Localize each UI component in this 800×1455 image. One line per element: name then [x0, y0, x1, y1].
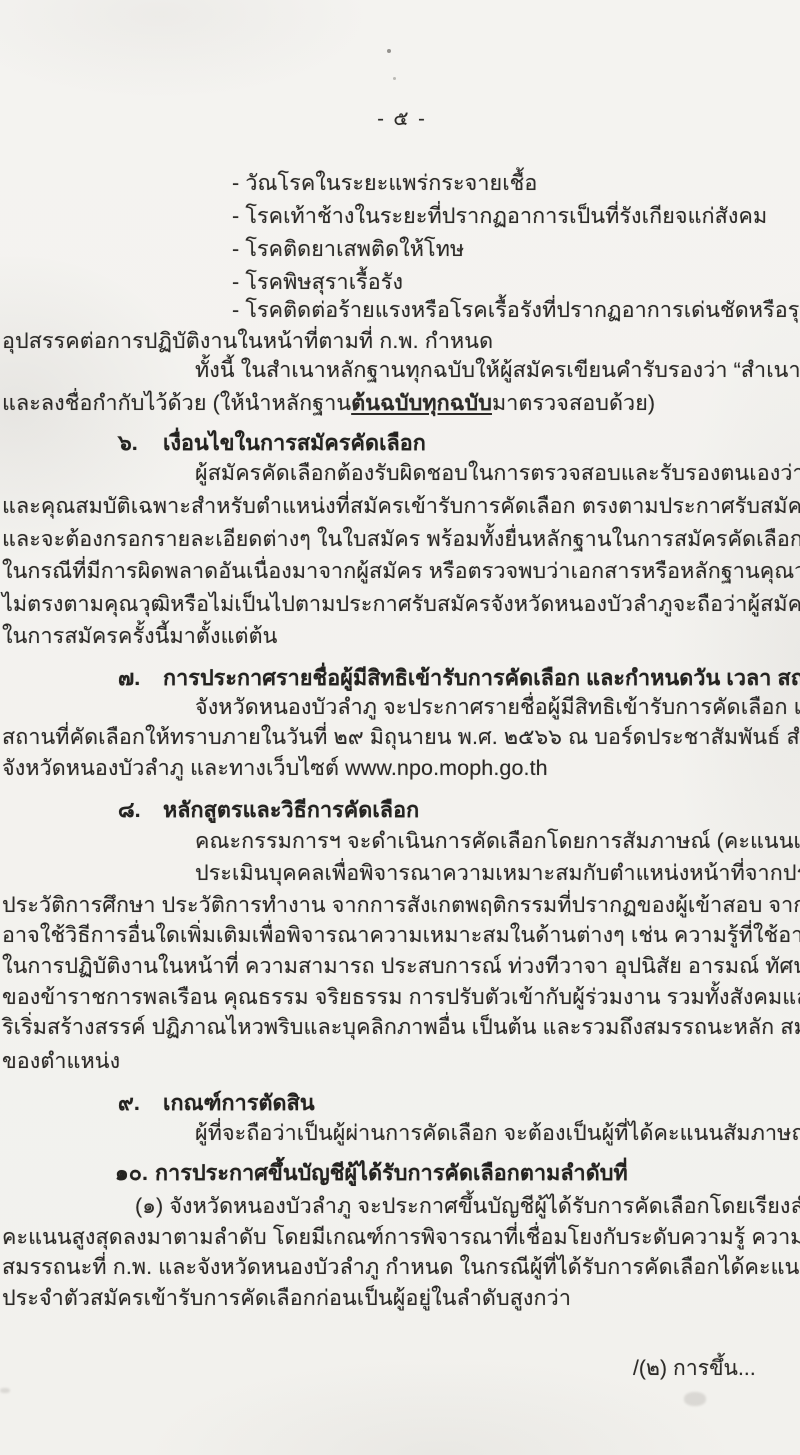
- body-line-website: จังหวัดหนองบัวลำภู และทางเว็บไซต์ www.np…: [2, 753, 548, 783]
- certify-line: ทั้งนี้ ในสำเนาหลักฐานทุกฉบับให้ผู้สมัคร…: [195, 355, 800, 385]
- body-line: ผู้ที่จะถือว่าเป็นผู้ผ่านการคัดเลือก จะต…: [195, 1118, 800, 1148]
- body-line: สมรรถนะที่ ก.พ. และจังหวัดหนองบัวลำภู กำ…: [2, 1252, 800, 1282]
- section7-heading: ๗.การประกาศรายชื่อผู้มีสิทธิเข้ารับการคั…: [118, 663, 800, 693]
- body-line: ประเมินบุคคลเพื่อพิจารณาความเหมาะสมกับตำ…: [195, 858, 800, 888]
- section-number: ๘.: [118, 795, 163, 825]
- body-line: สถานที่คัดเลือกให้ทราบภายในวันที่ ๒๙ มิถ…: [2, 722, 800, 752]
- scan-artifact-dot: [393, 77, 396, 80]
- continuation-marker: /(๒) การขึ้น...: [633, 1354, 756, 1384]
- body-line: ผู้สมัครคัดเลือกต้องรับผิดชอบในการตรวจสอ…: [195, 458, 800, 488]
- body-line: และจะต้องกรอกรายละเอียดต่างๆ ในใบสมัคร พ…: [2, 524, 800, 554]
- section6-heading: ๖.เงื่อนไขในการสมัครคัดเลือก: [118, 428, 426, 458]
- section10-heading: ๑๐.การประกาศขึ้นบัญชีผู้ได้รับการคัดเลือ…: [115, 1158, 628, 1188]
- document-page: - ๕ - - วัณโรคในระยะแพร่กระจายเชื้อ - โร…: [0, 0, 800, 1455]
- body-line: ในกรณีที่มีการผิดพลาดอันเนื่องมาจากผู้สม…: [2, 556, 800, 586]
- section-title: เกณฑ์การตัดสิน: [163, 1091, 315, 1115]
- disease-list-item: - โรคเท้าช้างในระยะที่ปรากฏอาการเป็นที่ร…: [232, 201, 767, 231]
- section-number: ๑๐.: [115, 1158, 155, 1188]
- scan-artifact-smudge: [0, 1388, 10, 1393]
- body-line: คะแนนสูงสุดลงมาตามลำดับ โดยมีเกณฑ์การพิจ…: [2, 1222, 800, 1252]
- section-title: การประกาศรายชื่อผู้มีสิทธิเข้ารับการคัดเ…: [163, 666, 800, 690]
- section-title: การประกาศขึ้นบัญชีผู้ได้รับการคัดเลือกตา…: [155, 1161, 628, 1185]
- body-line: จังหวัดหนองบัวลำภู จะประกาศรายชื่อผู้มีส…: [195, 692, 800, 722]
- disease-list-item: - โรคติดต่อร้ายแรงหรือโรคเรื้อรังที่ปราก…: [232, 295, 800, 325]
- certify-pre: และลงชื่อกำกับไว้ด้วย (ให้นำหลักฐาน: [2, 391, 351, 415]
- section-number: ๖.: [118, 428, 163, 458]
- section-number: ๙.: [118, 1088, 163, 1118]
- body-line: อาจใช้วิธีการอื่นใดเพิ่มเติมเพื่อพิจารณา…: [2, 920, 800, 950]
- section9-heading: ๙.เกณฑ์การตัดสิน: [118, 1088, 315, 1118]
- disease-list-item: - โรคพิษสุราเรื้อรัง: [232, 267, 403, 297]
- disease-list-item-continuation: อุปสรรคต่อการปฏิบัติงานในหน้าที่ตามที่ ก…: [2, 326, 493, 356]
- body-line: ประวัติการศึกษา ประวัติการทำงาน จากการสั…: [2, 890, 800, 920]
- section-number: ๗.: [118, 663, 163, 693]
- body-line: ของตำแหน่ง: [2, 1046, 120, 1076]
- body-line: ประจำตัวสมัครเข้ารับการคัดเลือกก่อนเป็นผ…: [2, 1283, 571, 1313]
- certify-line: และลงชื่อกำกับไว้ด้วย (ให้นำหลักฐานต้นฉบ…: [2, 388, 655, 418]
- body-line: คณะกรรมการฯ จะดำเนินการคัดเลือกโดยการสัม…: [195, 826, 800, 856]
- page-number: - ๕ -: [370, 104, 434, 134]
- scan-artifact-dot: [387, 49, 391, 53]
- body-line: ในการปฏิบัติงานในหน้าที่ ความสามารถ ประส…: [2, 951, 800, 981]
- section-title: เงื่อนไขในการสมัครคัดเลือก: [163, 431, 426, 455]
- scan-artifact-smudge: [684, 1392, 706, 1406]
- disease-list-item: - โรคติดยาเสพติดให้โทษ: [232, 234, 464, 264]
- certify-post: มาตรวจสอบด้วย): [492, 391, 655, 415]
- section-title: หลักสูตรและวิธีการคัดเลือก: [163, 798, 419, 822]
- section8-heading: ๘.หลักสูตรและวิธีการคัดเลือก: [118, 795, 419, 825]
- disease-list-item: - วัณโรคในระยะแพร่กระจายเชื้อ: [232, 168, 537, 198]
- emphasis-original-documents: ต้นฉบับทุกฉบับ: [351, 391, 492, 415]
- body-line: ริเริ่มสร้างสรรค์ ปฏิภาณไหวพริบและบุคลิก…: [2, 1012, 800, 1042]
- body-line: ในการสมัครครั้งนี้มาตั้งแต่ต้น: [2, 621, 277, 651]
- body-line: และคุณสมบัติเฉพาะสำหรับตำแหน่งที่สมัครเข…: [2, 491, 800, 521]
- body-line-item1: (๑) จังหวัดหนองบัวลำภู จะประกาศขึ้นบัญชี…: [135, 1191, 800, 1221]
- body-line: ไม่ตรงตามคุณวุฒิหรือไม่เป็นไปตามประกาศรั…: [2, 589, 800, 619]
- body-line: ของข้าราชการพลเรือน คุณธรรม จริยธรรม การ…: [2, 982, 800, 1012]
